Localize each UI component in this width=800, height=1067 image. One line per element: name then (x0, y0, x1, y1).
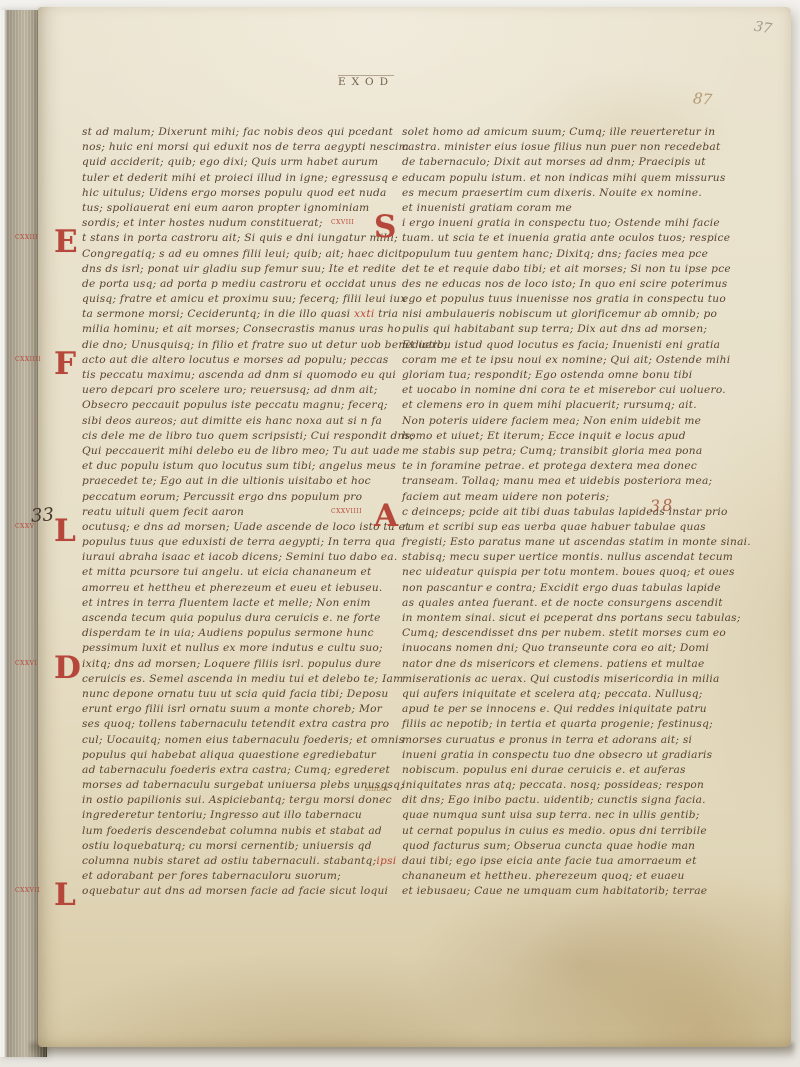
manuscript-text-line: nunc depone ornatu tuu ut scia quid faci… (82, 687, 404, 702)
manuscript-text-line: iniquitates nras atq; peccata. nosq; pos… (402, 778, 744, 793)
manuscript-text-line: tis peccatu maximu; ascenda ad dnm si qu… (82, 368, 404, 383)
manuscript-text-line: castra. minister eius iosue filius nun p… (402, 140, 744, 155)
manuscript-text-line: quisq; fratre et amicu et proximu suu; f… (82, 292, 404, 307)
manuscript-text-line: st ad malum; Dixerunt mihi; fac nobis de… (82, 125, 404, 140)
manuscript-text-line: me stabis sup petra; Cumq; transibit glo… (402, 444, 744, 459)
manuscript-text-line: hic uitulus; Uidens ergo morses populu q… (82, 186, 404, 201)
manuscript-text-line: miserationis ac uerax. Qui custodis mise… (402, 672, 744, 687)
manuscript-text-line: nisi ambulaueris nobiscum ut glorificemu… (402, 307, 744, 322)
manuscript-text-line: disperdam te in uia; Audiens populus ser… (82, 626, 404, 641)
text-block: cxxviiiiAc deinceps; pcide ait tibi duas… (402, 505, 744, 900)
manuscript-text-line: faciem aut meam uidere non poteris; (402, 490, 744, 505)
manuscript-text-line: nator dne ds misericors et clemens. pati… (402, 657, 744, 672)
manuscript-text-line: ses quoq; tollens tabernaculu tetendit e… (82, 717, 404, 732)
manuscript-text-line: de porta usq; ad porta p mediu castroru … (82, 277, 404, 292)
manuscript-text-line: peccatum eorum; Percussit ergo dns popul… (82, 490, 404, 505)
manuscript-text-line: ingrederetur tentoriu; Ingresso aut illo… (82, 808, 404, 823)
manuscript-text-line: et duc populu istum quo locutus sum tibi… (82, 459, 404, 474)
manuscript-text-line: milia hominu; et ait morses; Consecrasti… (82, 322, 404, 337)
manuscript-text-line: populum tuu gentem hanc; Dixitq; dns; fa… (402, 247, 744, 262)
manuscript-text-line: ta sermone morsi; Cecideruntq; in die il… (82, 307, 404, 322)
illuminated-initial: F (54, 349, 76, 380)
manuscript-text-line: acto aut die altero locutus e morses ad … (82, 353, 404, 368)
manuscript-text-line: sibi deos aureos; aut dimitte eis hanc n… (82, 414, 404, 429)
chapter-numeral-rubric: cxxvii (15, 885, 40, 895)
manuscript-text-line: tuam. ut scia te et inuenia gratia ante … (402, 231, 744, 246)
manuscript-text-line: gloriam tua; respondit; Ego ostenda omne… (402, 368, 744, 383)
manuscript-page: EXOD 37 87 33 38 stabat st ad malum; Dix… (38, 7, 791, 1047)
manuscript-text-line: morses curuatus e pronus in terra et ado… (402, 733, 744, 748)
text-block: st ad malum; Dixerunt mihi; fac nobis de… (82, 125, 404, 231)
chapter-numeral-rubric: cxxiii (15, 232, 38, 242)
manuscript-text-line: Obsecro peccauit populus iste peccatu ma… (82, 398, 404, 413)
manuscript-text-line: cis dele me de libro tuo quem scripsisti… (82, 429, 404, 444)
chapter-numeral-rubric: cxviii (331, 217, 354, 227)
manuscript-text-line: nobiscum. populus eni durae ceruicis e. … (402, 763, 744, 778)
manuscript-text-line: die dno; Unusquisq; in filio et fratre s… (82, 338, 404, 353)
manuscript-text-line: quae numqua sunt uisa sup terra. nec in … (402, 808, 744, 823)
manuscript-text-line: tus; spoliauerat eni eum aaron propter i… (82, 201, 404, 216)
rubric-correction: ipsi (376, 855, 396, 867)
chapter-numeral-rubric: cxxviiii (331, 506, 362, 516)
manuscript-text-line: iuraui abraha isaac et iacob dicens; Sem… (82, 550, 404, 565)
manuscript-text-line: et adorabant per fores tabernaculoru suo… (82, 869, 404, 884)
illuminated-initial: L (54, 516, 76, 547)
manuscript-text-line: rum et scribi sup eas uerba quae habuer … (402, 520, 744, 535)
manuscript-text-line: et mitta pcursore tui angelu. ut eicia c… (82, 565, 404, 580)
manuscript-text-line: pulis qui habitabant sup terra; Dix aut … (402, 322, 744, 337)
manuscript-text-line: quod facturus sum; Obserua cuncta quae h… (402, 839, 744, 854)
manuscript-text-line: ocutusq; e dns ad morsen; Uade ascende d… (82, 520, 404, 535)
rubric-correction: xxti (354, 308, 375, 320)
manuscript-text-line: pessimum luxit et nullus ex more indutus… (82, 641, 404, 656)
manuscript-photo: EXOD 37 87 33 38 stabat st ad malum; Dix… (0, 0, 800, 1067)
manuscript-text-line: dns ds isrl; ponat uir gladiu sup femur … (82, 262, 404, 277)
manuscript-text-line: et intres in terra fluentem lacte et mel… (82, 596, 404, 611)
manuscript-text-line: ego et populus tuus inuenisse nos gratia… (402, 292, 744, 307)
manuscript-text-line: columna nubis staret ad ostiu tabernacul… (82, 854, 404, 869)
manuscript-text-line: lum foederis descendebat columna nubis e… (82, 824, 404, 839)
manuscript-text-line: nec uideatur quispia per totu montem. bo… (402, 565, 744, 580)
manuscript-text-line: uero depcari pro scelere uro; reuersusq;… (82, 383, 404, 398)
manuscript-text-line: filiis ac nepotib; in tertia et quarta p… (402, 717, 744, 732)
manuscript-text-line: et uocabo in nomine dni cora te et miser… (402, 383, 744, 398)
manuscript-text-line: te in foramine petrae. et protega dexter… (402, 459, 744, 474)
text-column-right: solet homo ad amicum suum; Cumq; ille re… (402, 125, 744, 900)
manuscript-text-line: ascenda tecum quia populus dura ceruicis… (82, 611, 404, 626)
manuscript-text-line: ixitq; dns ad morsen; Loquere filiis isr… (82, 657, 404, 672)
manuscript-text-line: in ostio papilionis sui. Aspiciebantq; t… (82, 793, 404, 808)
text-block: cxxvLocutusq; e dns ad morsen; Uade asce… (82, 520, 404, 657)
manuscript-text-line: daui tibi; ego ipse eicia ante facie tua… (402, 854, 744, 869)
manuscript-text-line: ad tabernaculu foederis extra castra; Cu… (82, 763, 404, 778)
text-block: cxxviDixitq; dns ad morsen; Loquere fili… (82, 657, 404, 885)
manuscript-text-line: morses ad tabernaculu surgebat uniuersa … (82, 778, 404, 793)
running-title: EXOD (338, 76, 394, 88)
manuscript-text-line: det te et requie dabo tibi; et ait morse… (402, 262, 744, 277)
manuscript-text-line: de tabernaculo; Dixit aut morses ad dnm;… (402, 155, 744, 170)
folio-number-ink: 87 (692, 89, 713, 109)
text-block: solet homo ad amicum suum; Cumq; ille re… (402, 125, 744, 216)
manuscript-text-line: in montem sinai. sicut ei pceperat dns p… (402, 611, 744, 626)
manuscript-text-line: Et uerbu istud quod locutus es facia; In… (402, 338, 744, 353)
manuscript-text-line: oquebatur aut dns ad morsen facie ad fac… (82, 884, 404, 899)
manuscript-text-line: quid acciderit; quib; ego dixi; Quis urm… (82, 155, 404, 170)
manuscript-text-line: stabisq; mecu super uertice montis. null… (402, 550, 744, 565)
illuminated-initial: D (54, 653, 81, 684)
manuscript-text-line: populus qui habebat aliqua quaestione eg… (82, 748, 404, 763)
manuscript-text-line: fregisti; Esto paratus mane ut ascendas … (402, 535, 744, 550)
manuscript-text-line: transeam. Tollaq; manu mea et uidebis po… (402, 474, 744, 489)
text-block: cxxiiiEt stans in porta castroru ait; Si… (82, 231, 404, 353)
manuscript-text-line: ostiu loquebaturq; cu morsi cernentib; u… (82, 839, 404, 854)
manuscript-text-line: et iebusaeu; Caue ne umquam cum habitato… (402, 884, 744, 899)
manuscript-text-line: educam populu istum. et non indicas mihi… (402, 171, 744, 186)
manuscript-text-line: erunt ergo filii isrl ornatu suum a mont… (82, 702, 404, 717)
illuminated-initial: S (374, 212, 397, 243)
illuminated-initial: L (54, 880, 76, 911)
manuscript-text-line: coram me et te ipsu noui ex nomine; Qui … (402, 353, 744, 368)
manuscript-text-line: inueni gratia in conspectu tuo dne obsec… (402, 748, 744, 763)
manuscript-text-line: qui aufers iniquitate et scelera atq; pe… (402, 687, 744, 702)
folio-number-pencil: 37 (753, 19, 773, 38)
chapter-numeral-rubric: cxxiiii (15, 354, 41, 364)
manuscript-text-line: amorreu et hettheu et pherezeum et eueu … (82, 581, 404, 596)
chapter-numeral-rubric: cxxvi (15, 658, 37, 668)
text-block: cxxiiiiFacto aut die altero locutus e mo… (82, 353, 404, 520)
manuscript-text-line: Non poteris uidere faciem mea; Non enim … (402, 414, 744, 429)
manuscript-text-line: non pascantur e contra; Excidit ergo dua… (402, 581, 744, 596)
manuscript-text-line: Cumq; descendisset dns per nubem. stetit… (402, 626, 744, 641)
manuscript-text-line: populus tuus que eduxisti de terra aegyp… (82, 535, 404, 550)
manuscript-text-line: ut cernat populus in cuius es medio. opu… (402, 824, 744, 839)
manuscript-text-line: Qui peccauerit mihi delebo eu de libro m… (82, 444, 404, 459)
manuscript-text-line: et inuenisti gratiam coram me (402, 201, 744, 216)
manuscript-text-line: i ergo inueni gratia in conspectu tuo; O… (402, 216, 744, 231)
manuscript-text-line: des ne educas nos de loco isto; In quo e… (402, 277, 744, 292)
text-block: cxxviiLoquebatur aut dns ad morsen facie… (82, 884, 404, 899)
manuscript-text-line: tuler et dederit mihi et proieci illud i… (82, 171, 404, 186)
manuscript-text-line: inuocans nomen dni; Quo transeunte cora … (402, 641, 744, 656)
illuminated-initial: A (374, 501, 398, 532)
manuscript-text-line: praecedet te; Ego aut in die ultionis ui… (82, 474, 404, 489)
manuscript-text-line: cul; Uocauitq; nomen eius tabernaculu fo… (82, 733, 404, 748)
manuscript-text-line: et clemens ero in quem mihi placuerit; r… (402, 398, 744, 413)
chapter-numeral-rubric: cxxv (15, 521, 34, 531)
text-block: cxviiiSi ergo inueni gratia in conspectu… (402, 216, 744, 505)
manuscript-text-line: t stans in porta castroru ait; Si quis e… (82, 231, 404, 246)
manuscript-text-line: sordis; et inter hostes nudum constituer… (82, 216, 404, 231)
manuscript-text-line: c deinceps; pcide ait tibi duas tabulas … (402, 505, 744, 520)
manuscript-text-line: ceruicis es. Semel ascenda in mediu tui … (82, 672, 404, 687)
manuscript-text-line: homo et uiuet; Et iterum; Ecce inquit e … (402, 429, 744, 444)
manuscript-text-line: es mecum praesertim cum dixeris. Nouite … (402, 186, 744, 201)
illuminated-initial: E (54, 227, 78, 258)
manuscript-text-line: solet homo ad amicum suum; Cumq; ille re… (402, 125, 744, 140)
manuscript-text-line: apud te per se innocens e. Qui reddes in… (402, 702, 744, 717)
manuscript-text-line: Congregatiq; s ad eu omnes filii leui; q… (82, 247, 404, 262)
manuscript-text-line: as quales antea fuerant. et de nocte con… (402, 596, 744, 611)
manuscript-text-line: nos; huic eni morsi qui eduxit nos de te… (82, 140, 404, 155)
manuscript-text-line: chananeum et hettheu. pherezeum quoq; et… (402, 869, 744, 884)
manuscript-text-line: dit dns; Ego inibo pactu. uidentib; cunc… (402, 793, 744, 808)
